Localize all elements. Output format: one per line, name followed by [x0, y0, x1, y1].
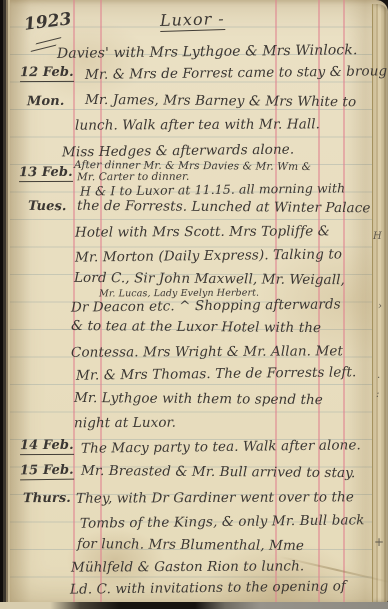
diary-line: for lunch. Mrs Blumenthal, Mme — [77, 537, 304, 554]
page-title: Luxor - — [160, 11, 225, 31]
diary-line: H & I to Luxor at 11.15. all morning wit… — [80, 181, 345, 198]
page-title-text: Luxor - — [160, 10, 225, 32]
diary-line: Mr. Breasted & Mr. Bull arrived to stay. — [81, 464, 356, 481]
ink-mark: . — [377, 370, 380, 381]
diary-line: Mühlfeld & Gaston Rion to lunch. — [71, 559, 304, 575]
day-label-mon: Mon. — [27, 95, 65, 110]
diary-line: Dr Deacon etc. ^ Shopping afterwards — [71, 297, 341, 315]
date-label-14-feb: 14 Feb. — [20, 439, 74, 454]
diary-line: lunch. Walk after tea with Mr. Hall. — [75, 117, 320, 133]
diary-line: Mr. James, Mrs Barney & Mrs White to — [85, 93, 356, 110]
day-label-tues: Tues. — [28, 200, 67, 215]
date-label-15-feb: 15 Feb. — [20, 464, 74, 479]
scan-bottom-shadow — [0, 602, 388, 609]
diary-line: Ld. C. with invitations to the opening o… — [70, 579, 346, 597]
ink-mark: + — [374, 535, 384, 549]
diary-line: Mr. Morton (Daily Express). Talking to — [75, 247, 342, 265]
binding-edge — [0, 0, 10, 609]
ink-mark: › — [378, 301, 382, 312]
date-label-12-feb: 12 Feb. — [20, 66, 74, 81]
diary-line: & to tea at the Luxor Hotel with the — [71, 319, 321, 336]
date-label-13-feb: 13 Feb. — [19, 166, 73, 181]
diary-line: Lord C., Sir John Maxwell, Mr. Weigall, — [74, 271, 345, 288]
ink-mark: H — [373, 231, 382, 242]
day-label-thurs: Thurs. — [23, 492, 71, 507]
diary-line: They, with Dr Gardiner went over to the — [76, 490, 354, 506]
diary-line: Miss Hedges & afterwards alone. — [62, 143, 294, 161]
ink-mark: : — [376, 389, 379, 400]
diary-line: night at Luxor. — [74, 416, 176, 431]
diary-line: the de Forrests. Lunched at Winter Palac… — [77, 199, 371, 216]
diary-line: Mr. Lythgoe with them to spend the — [74, 391, 323, 408]
diary-line: Hotel with Mrs Scott. Mrs Topliffe & — [75, 224, 330, 240]
diary-scan: 1923 Luxor - Davies' with Mrs Lythgoe & … — [0, 0, 388, 609]
diary-line: Contessa. Mrs Wright & Mr. Allan. Met — [71, 344, 343, 360]
